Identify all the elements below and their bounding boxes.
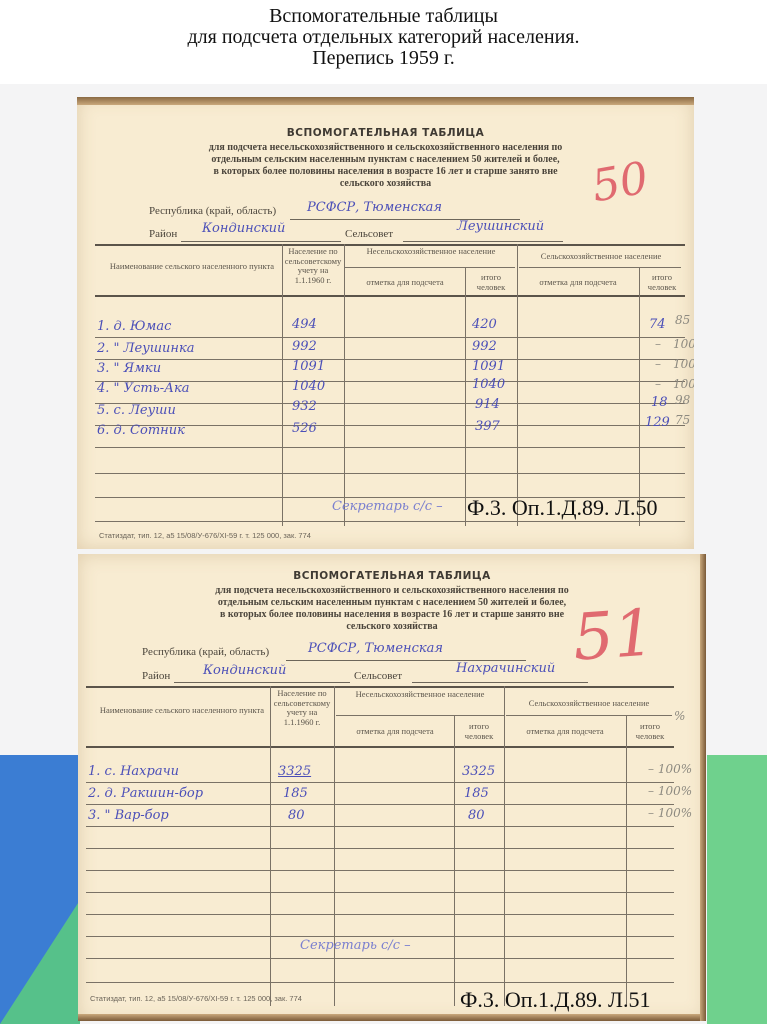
title-line-1: Вспомогательные таблицы [0, 0, 767, 27]
header-population: Население по сельсоветскому учету на 1.1… [284, 247, 342, 285]
corner-note: % [674, 709, 685, 723]
header-total: итого человек [467, 273, 515, 292]
header-population: Население по сельсоветскому учету на 1.1… [272, 689, 332, 727]
district-label: Район [142, 670, 170, 682]
archive-reference: Ф.3. Оп.1.Д.89. Л.51 [460, 987, 650, 1013]
council-value: Леушинский [457, 219, 544, 234]
page-mark: 50 [588, 153, 652, 213]
header-total: итого человек [641, 273, 683, 292]
header-agri: Сельскохозяйственное население [506, 699, 672, 709]
district-line [174, 682, 350, 683]
header-mark: отметка для подсчета [519, 278, 637, 288]
header-total: итого человек [456, 722, 502, 741]
census-sheet-51: ВСПОМОГАТЕЛЬНАЯ ТАБЛИЦА для подсчета нес… [78, 554, 706, 1021]
header-nonagri: Несельскохозяйственное население [347, 247, 515, 257]
form-title: ВСПОМОГАТЕЛЬНАЯ ТАБЛИЦА [77, 127, 694, 139]
archive-reference: Ф.3. Оп.1.Д.89. Л.50 [467, 495, 657, 521]
header-total: итого человек [628, 722, 672, 741]
republic-value: РСФСР, Тюменская [307, 200, 442, 215]
title-line-2: для подсчета отдельных категорий населен… [0, 27, 767, 48]
republic-value: РСФСР, Тюменская [308, 641, 443, 656]
council-value: Нахрачинский [456, 661, 555, 676]
district-line [181, 241, 341, 242]
republic-label: Республика (край, область) [142, 646, 269, 658]
form-subtitle-line: для подсчета несельскохозяйственного и с… [78, 585, 706, 598]
slide-title: Вспомогательные таблицы для подсчета отд… [0, 0, 767, 84]
title-line-3: Перепись 1959 г. [0, 48, 767, 69]
council-label: Сельсовет [345, 228, 393, 240]
header-nonagri: Несельскохозяйственное население [338, 690, 502, 700]
signature: Секретарь с/с – [300, 938, 411, 953]
district-value: Кондинский [203, 663, 286, 678]
header-mark: отметка для подсчета [338, 727, 452, 737]
council-line [403, 241, 563, 242]
council-line [412, 682, 588, 683]
council-label: Сельсовет [354, 670, 402, 682]
district-value: Кондинский [202, 221, 285, 236]
header-mark: отметка для подсчета [347, 278, 463, 288]
census-sheet-50: ВСПОМОГАТЕЛЬНАЯ ТАБЛИЦА для подсчета нес… [77, 97, 694, 549]
header-name: Наименование сельского населенного пункт… [107, 262, 277, 272]
print-info: Статиздат, тип. 12, а5 15/08/У-676/XI-59… [90, 994, 302, 1003]
header-name: Наименование сельского населенного пункт… [98, 706, 266, 716]
page-mark: 51 [571, 596, 657, 676]
print-info: Статиздат, тип. 12, а5 15/08/У-676/XI-59… [99, 531, 311, 540]
district-label: Район [149, 228, 177, 240]
header-mark: отметка для подсчета [506, 727, 624, 737]
form-title: ВСПОМОГАТЕЛЬНАЯ ТАБЛИЦА [78, 570, 706, 582]
decorative-green-band [707, 755, 767, 1024]
header-agri: Сельскохозяйственное население [519, 252, 683, 262]
republic-label: Республика (край, область) [149, 205, 276, 217]
signature: Секретарь с/с – [332, 499, 443, 514]
form-subtitle-line: для подсчета несельскохозяйственного и с… [77, 142, 694, 155]
